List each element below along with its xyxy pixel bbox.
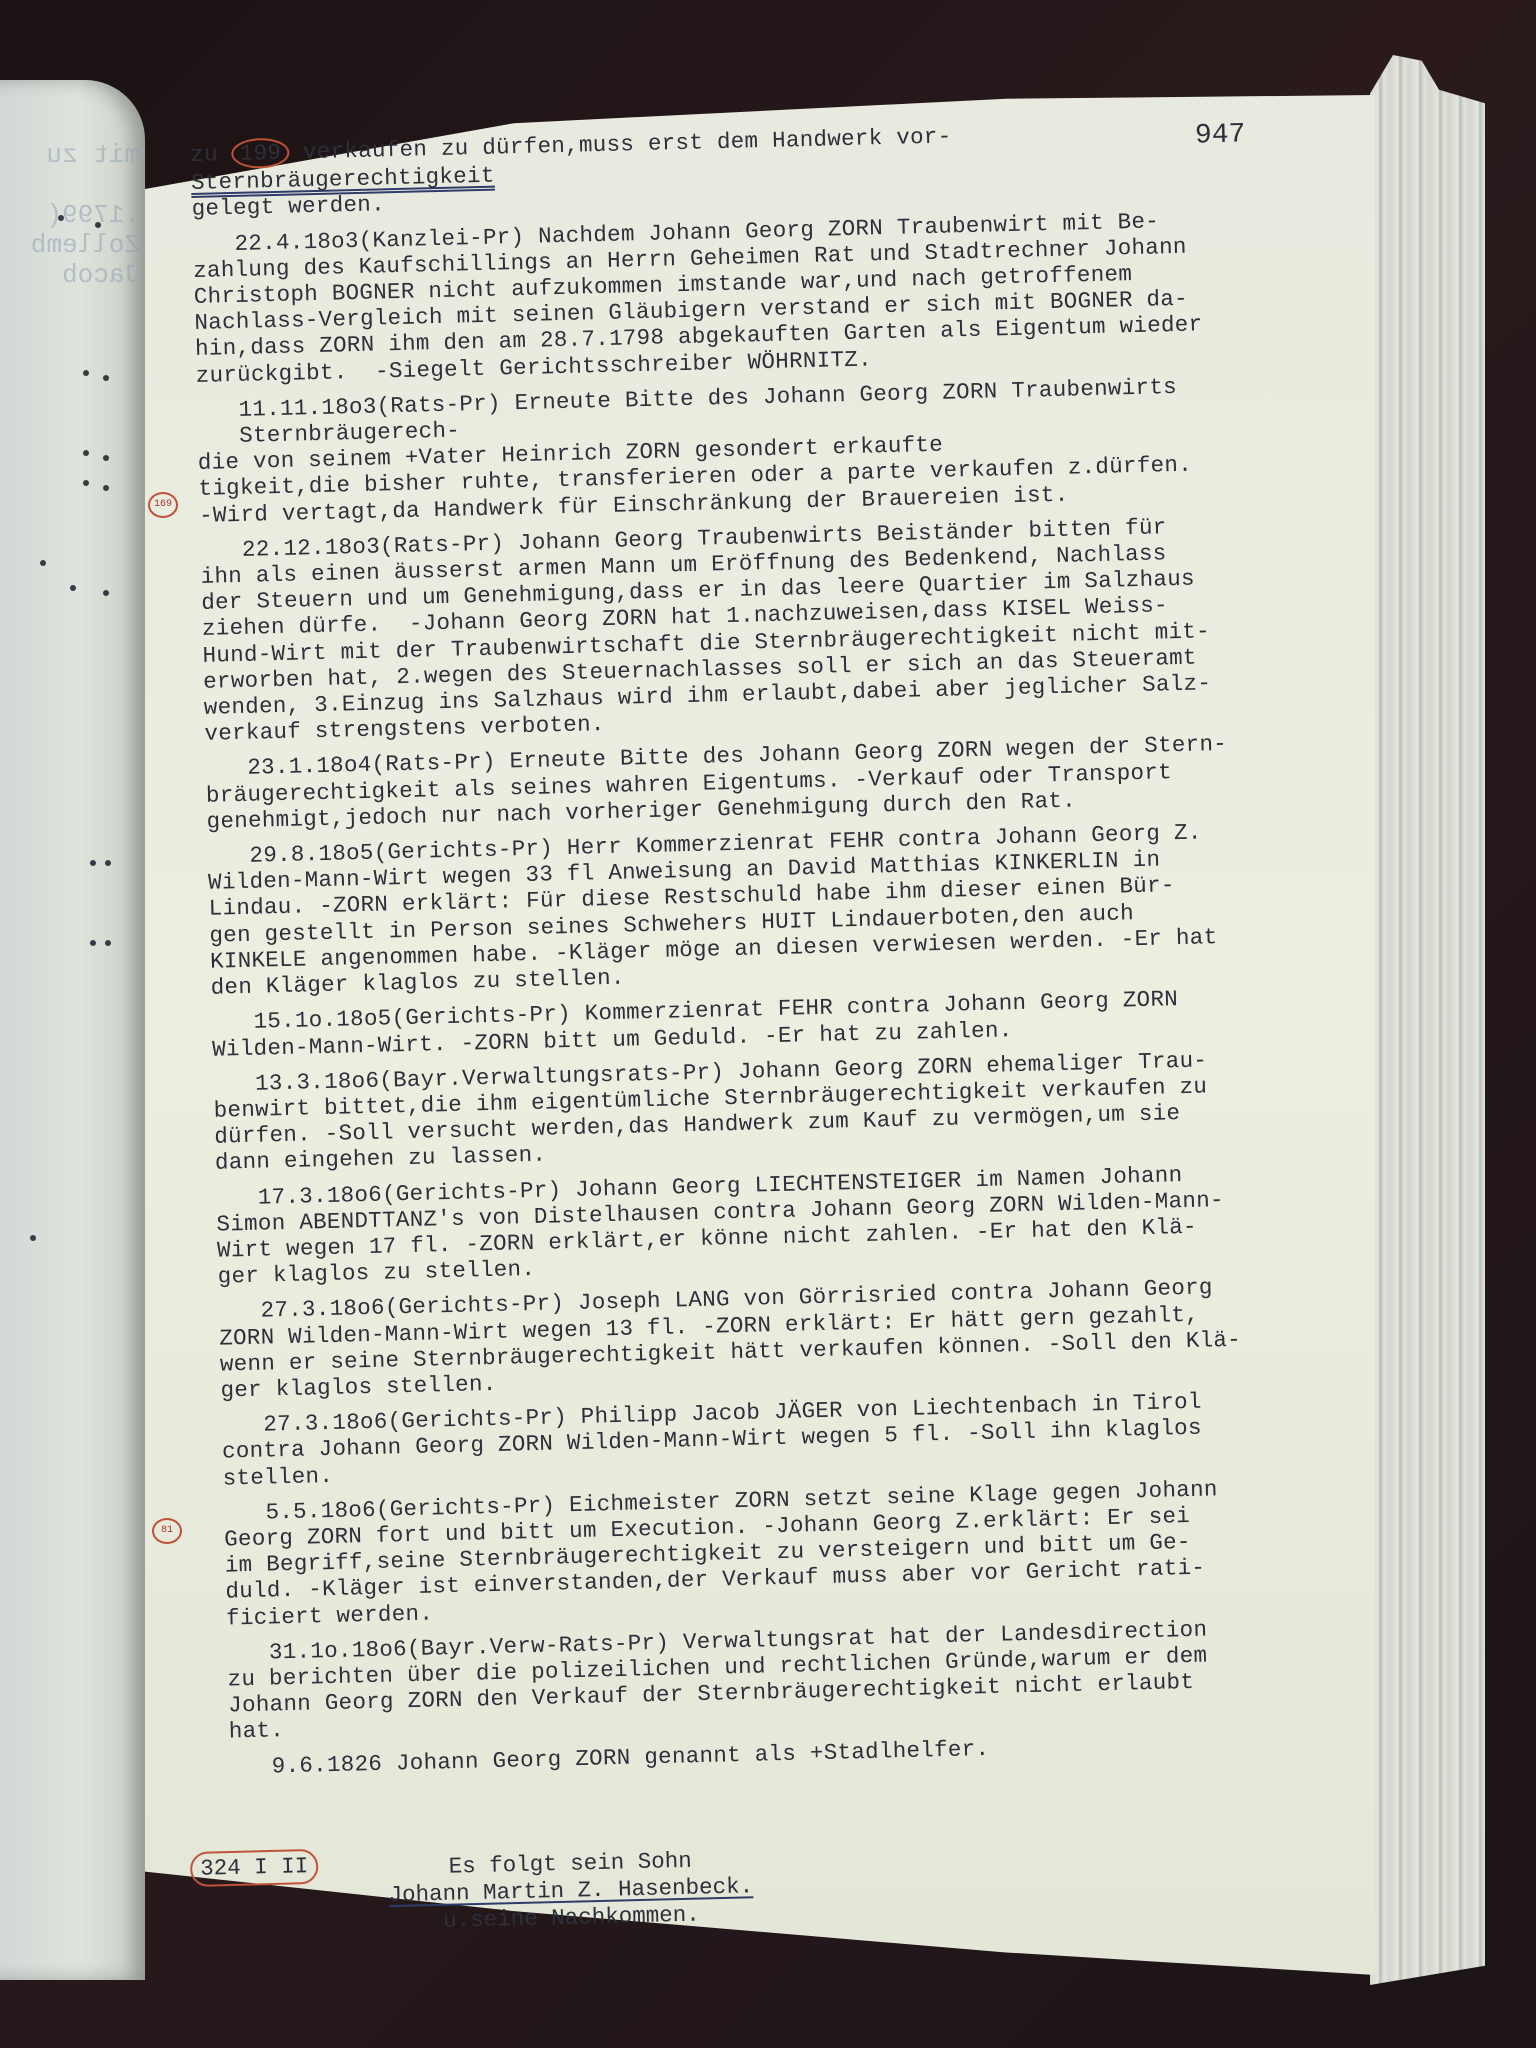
margin-dot xyxy=(103,485,109,491)
chronicle-entry: 29.8.18o5(Gerichts-Pr) Herr Kommerzienra… xyxy=(207,815,1390,1001)
bleed-through-text: .1799( xyxy=(0,200,140,230)
opening-paragraph: zu 199 verkaufen zu dürfen,muss erst dem… xyxy=(190,111,1372,222)
typewritten-body: zu 199 verkaufen zu dürfen,muss erst dem… xyxy=(190,111,1410,1789)
chronicle-entry: 5.5.18o6(Gerichts-Pr) Eichmeister ZORN s… xyxy=(223,1472,1406,1632)
chronicle-entry: 11.11.18o3(Rats-Pr) Erneute Bitte des Jo… xyxy=(196,369,1379,529)
chronicle-entry: 27.3.18o6(Gerichts-Pr) Joseph LANG von G… xyxy=(218,1270,1400,1404)
margin-dot xyxy=(83,450,89,456)
margin-dot xyxy=(30,1235,36,1241)
margin-note-circled: 81 xyxy=(152,1518,182,1544)
entry-date: 11.11.18o3(Rats-Pr) xyxy=(238,390,501,422)
chronicle-entry: 13.3.18o6(Bayr.Verwaltungsrats-Pr) Johan… xyxy=(213,1043,1395,1177)
chronicle-entry: 31.1o.18o6(Bayr.Verw-Rats-Pr) Verwaltung… xyxy=(227,1611,1409,1745)
circled-reference: 199 xyxy=(231,138,289,170)
chronicle-entry: 22.12.18o3(Rats-Pr) Johann Georg Trauben… xyxy=(200,509,1385,747)
margin-dot xyxy=(58,215,64,221)
margin-dot xyxy=(103,590,109,596)
margin-dot xyxy=(103,455,109,461)
bleed-through-text: mit zu xyxy=(0,140,140,170)
margin-dot xyxy=(83,370,89,376)
bleed-through-text: Jacob xyxy=(0,260,140,290)
margin-dot xyxy=(70,585,76,591)
margin-dot xyxy=(105,860,111,866)
volume-reference: 324 I II xyxy=(190,1849,319,1887)
margin-dot xyxy=(90,940,96,946)
margin-dot xyxy=(103,375,109,381)
chronicle-entry: 22.4.18o3(Kanzlei-Pr) Nachdem Johann Geo… xyxy=(192,203,1375,389)
margin-dot xyxy=(83,480,89,486)
entry-date: 9.6.1826 xyxy=(271,1750,382,1779)
entry-list: 22.4.18o3(Kanzlei-Pr) Nachdem Johann Geo… xyxy=(192,203,1409,1781)
margin-dot xyxy=(40,560,46,566)
margin-dot xyxy=(95,222,101,228)
margin-dot xyxy=(105,940,111,946)
chronicle-entry: 17.3.18o6(Gerichts-Pr) Johann Georg LIEC… xyxy=(216,1156,1398,1290)
margin-note-circled: 169 xyxy=(148,492,178,518)
left-facing-page: mit zu .1799( Zollemb Jacob xyxy=(0,80,145,1980)
bleed-through-text: Zollemb xyxy=(0,230,140,260)
margin-dot xyxy=(90,860,96,866)
